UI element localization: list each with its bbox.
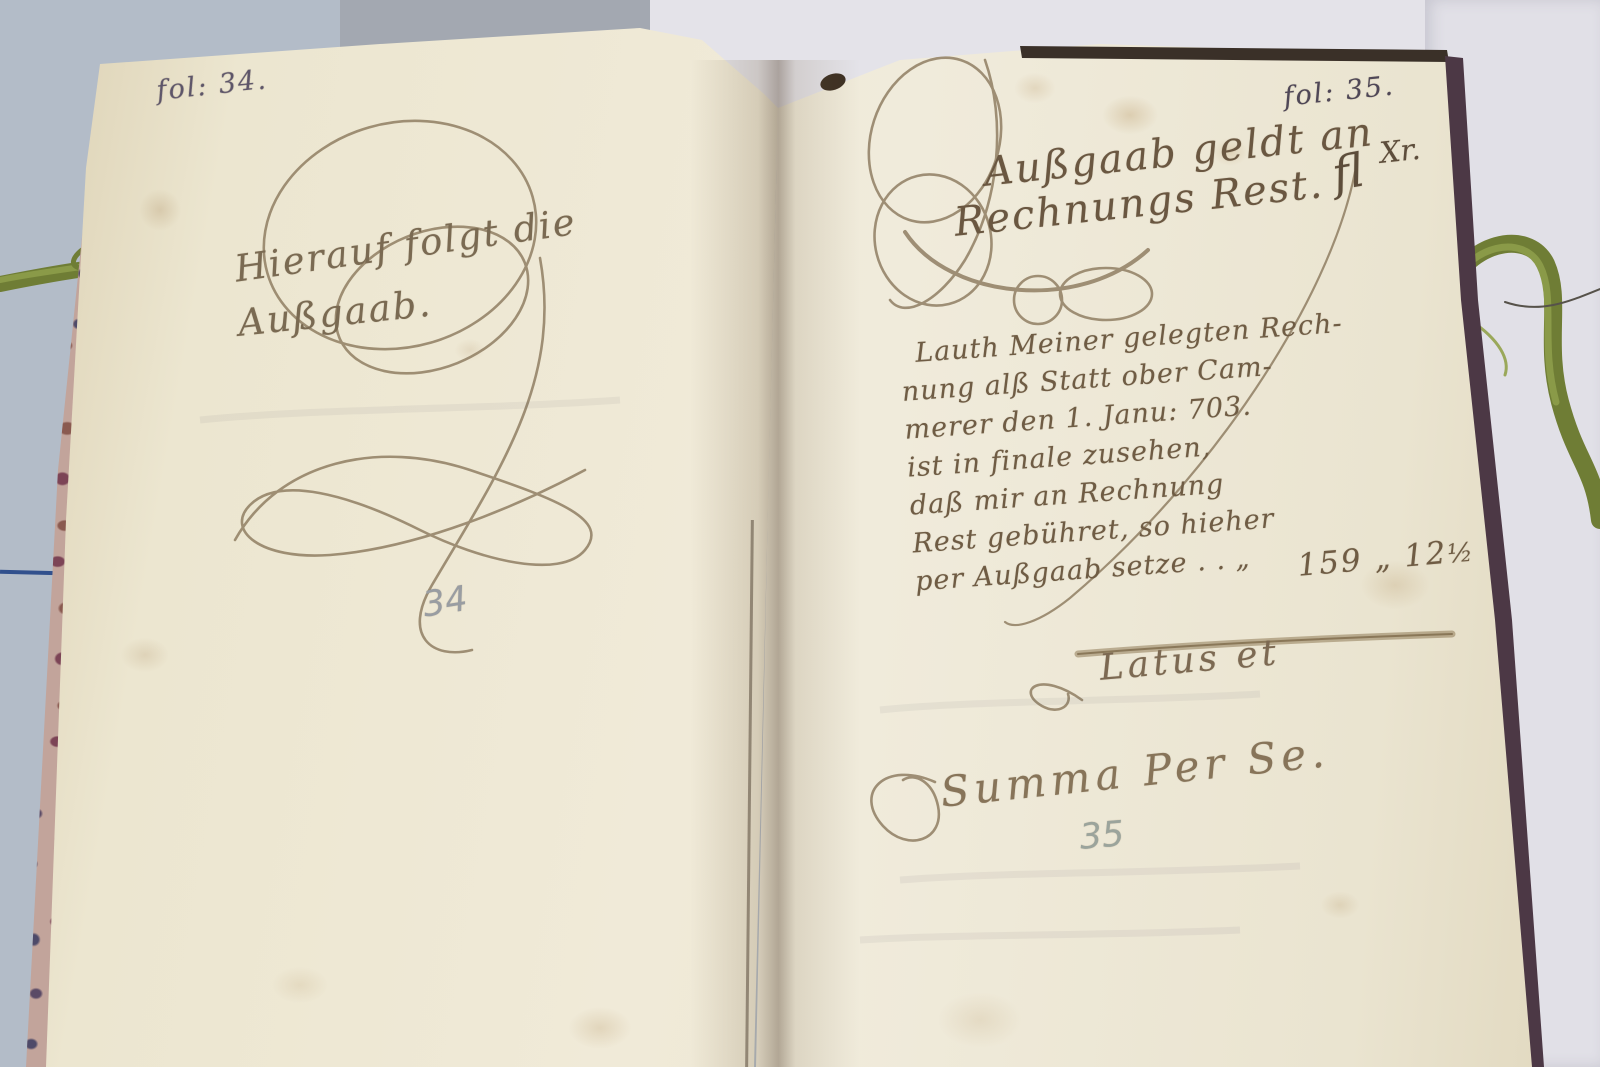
double-loop-flourish: [1014, 268, 1152, 324]
manuscript-photo: fol: 34. Hierauf folgt die Außgaab. 34 f…: [0, 0, 1600, 1067]
amount-kreuzer: 12: [1403, 535, 1449, 575]
amount-separator: „: [1373, 540, 1394, 577]
summa-lead-flourish: [871, 775, 938, 841]
currency-column-kreuzer: Xr.: [1378, 132, 1422, 170]
heading-swash: [905, 232, 1148, 290]
pencil-page-number-left: 34: [420, 579, 470, 625]
amount-gulden: 159: [1296, 542, 1364, 584]
latus-lead-flourish: [1031, 684, 1082, 709]
left-page-figure-eight-flourish: [235, 457, 591, 565]
pencil-page-number-right: 35: [1078, 814, 1126, 858]
left-page-flourish: [236, 89, 563, 652]
body-text: Lauth Meiner gelegten Rech- nung alß Sta…: [898, 305, 1360, 601]
amount-fraction: ½: [1446, 538, 1476, 570]
